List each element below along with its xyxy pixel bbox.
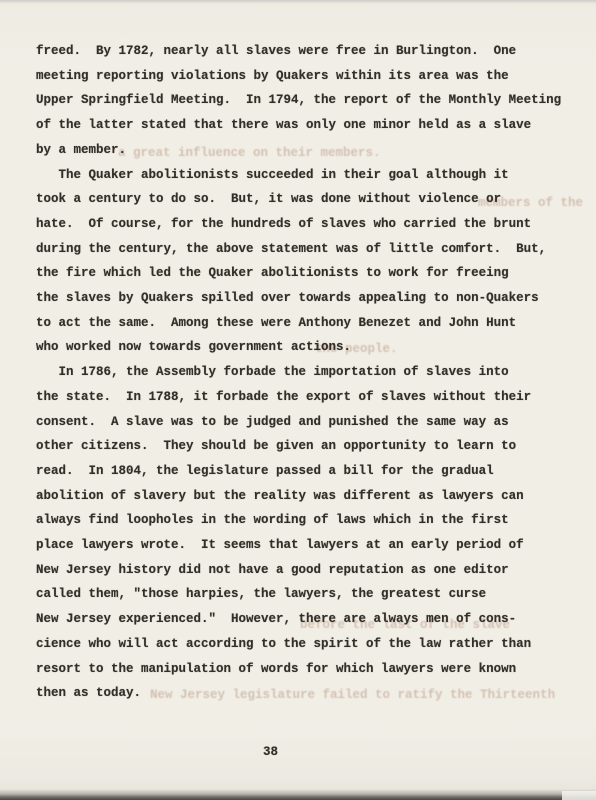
scanned-page: a great influence on their members. memb… [0, 0, 596, 800]
text-line: New Jersey experienced." However, there … [36, 607, 576, 632]
text-line: Upper Springfield Meeting. In 1794, the … [36, 88, 576, 113]
scan-bottom-edge [0, 789, 596, 800]
text-line: to act the same. Among these were Anthon… [36, 311, 576, 336]
scan-corner-highlight [562, 791, 596, 800]
text-line: read. In 1804, the legislature passed a … [36, 459, 576, 484]
text-line: during the century, the above statement … [36, 237, 576, 262]
text-line: cience who will act according to the spi… [36, 632, 576, 657]
text-line: the state. In 1788, it forbade the expor… [36, 385, 576, 410]
scan-top-edge [0, 0, 596, 4]
text-line: New Jersey history did not have a good r… [36, 558, 576, 583]
text-line: the slaves by Quakers spilled over towar… [36, 286, 576, 311]
text-line: who worked now towards government action… [36, 335, 576, 360]
text-line: consent. A slave was to be judged and pu… [36, 410, 576, 435]
text-line: abolition of slavery but the reality was… [36, 484, 576, 509]
text-line: other citizens. They should be given an … [36, 434, 576, 459]
text-line: called them, "those harpies, the lawyers… [36, 582, 576, 607]
text-line: then as today. [36, 681, 576, 706]
text-line: freed. By 1782, nearly all slaves were f… [36, 39, 576, 64]
text-line: meeting reporting violations by Quakers … [36, 64, 576, 89]
text-line: place lawyers wrote. It seems that lawye… [36, 533, 576, 558]
text-line: took a century to do so. But, it was don… [36, 187, 576, 212]
text-line: by a member. [36, 138, 576, 163]
text-line: the fire which led the Quaker abolitioni… [36, 261, 576, 286]
text-line: hate. Of course, for the hundreds of sla… [36, 212, 576, 237]
page-number: 38 [263, 745, 278, 759]
text-line: resort to the manipulation of words for … [36, 657, 576, 682]
text-block: freed. By 1782, nearly all slaves were f… [36, 39, 576, 706]
text-line: The Quaker abolitionists succeeded in th… [36, 163, 576, 188]
text-line: always find loopholes in the wording of … [36, 508, 576, 533]
text-line: In 1786, the Assembly forbade the import… [36, 360, 576, 385]
text-line: of the latter stated that there was only… [36, 113, 576, 138]
